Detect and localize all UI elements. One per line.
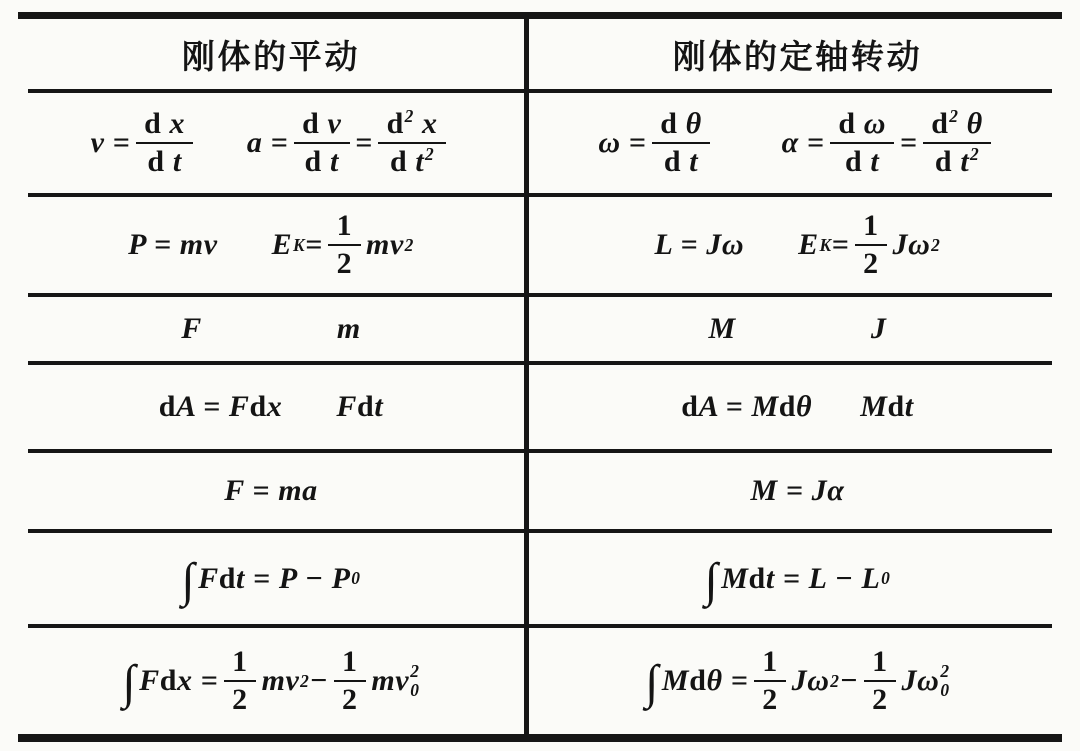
table-row-work-energy-theorem: ∫ F d x = 12mv2 − 12mv20 ∫ M d θ = 12Jω2…: [18, 628, 1062, 734]
table-header-row: 刚体的平动 刚体的定轴转动: [18, 19, 1062, 89]
table-row-second-law: F = ma M = Jα: [18, 453, 1062, 529]
formula-cell-force-mass: Fm: [18, 297, 524, 361]
formula-cell-momentum-kinetic-energy: P = mvEK = 12mv2: [18, 197, 524, 293]
formula-cell-rotation-law: M = Jα: [524, 453, 1062, 529]
formula-cell-torque-inertia: MJ: [524, 297, 1062, 361]
formula-cell-work-element-angular: d A = M d θM d t: [524, 365, 1062, 449]
table-row-kinematics: v = d xd ta = d vd t = d2 xd t2 ω = d θd…: [18, 93, 1062, 193]
formula-comparison-table: 刚体的平动 刚体的定轴转动 v = d xd ta = d vd t = d2 …: [18, 12, 1062, 742]
formula-cell-newton-second-law: F = ma: [18, 453, 524, 529]
formula-cell-work-element-linear: d A = F d xF d t: [18, 365, 524, 449]
formula-cell-angular-impulse-momentum: ∫ M d t = L − L0: [524, 533, 1062, 624]
formula-cell-velocity-acceleration: v = d xd ta = d vd t = d2 xd t2: [18, 93, 524, 193]
table-row-force-mass: Fm MJ: [18, 297, 1062, 361]
formula-cell-impulse-momentum: ∫ F d t = P − P0: [18, 533, 524, 624]
column-divider-line: [524, 19, 529, 734]
formula-cell-work-energy-linear: ∫ F d x = 12mv2 − 12mv20: [18, 628, 524, 734]
formula-cell-work-energy-angular: ∫ M d θ = 12Jω2 − 12Jω20: [524, 628, 1062, 734]
header-rotation: 刚体的定轴转动: [524, 19, 1062, 89]
formula-cell-angular-velocity-acceleration: ω = d θd tα = d ωd t = d2 θd t2: [524, 93, 1062, 193]
table-row-impulse-theorem: ∫ F d t = P − P0 ∫ M d t = L − L0: [18, 533, 1062, 624]
header-translation: 刚体的平动: [18, 19, 524, 89]
formula-cell-angular-momentum-kinetic-energy: L = JωEK = 12Jω2: [524, 197, 1062, 293]
table-row-work-impulse-element: d A = F d xF d t d A = M d θM d t: [18, 365, 1062, 449]
table-row-momentum-energy: P = mvEK = 12mv2 L = JωEK = 12Jω2: [18, 197, 1062, 293]
